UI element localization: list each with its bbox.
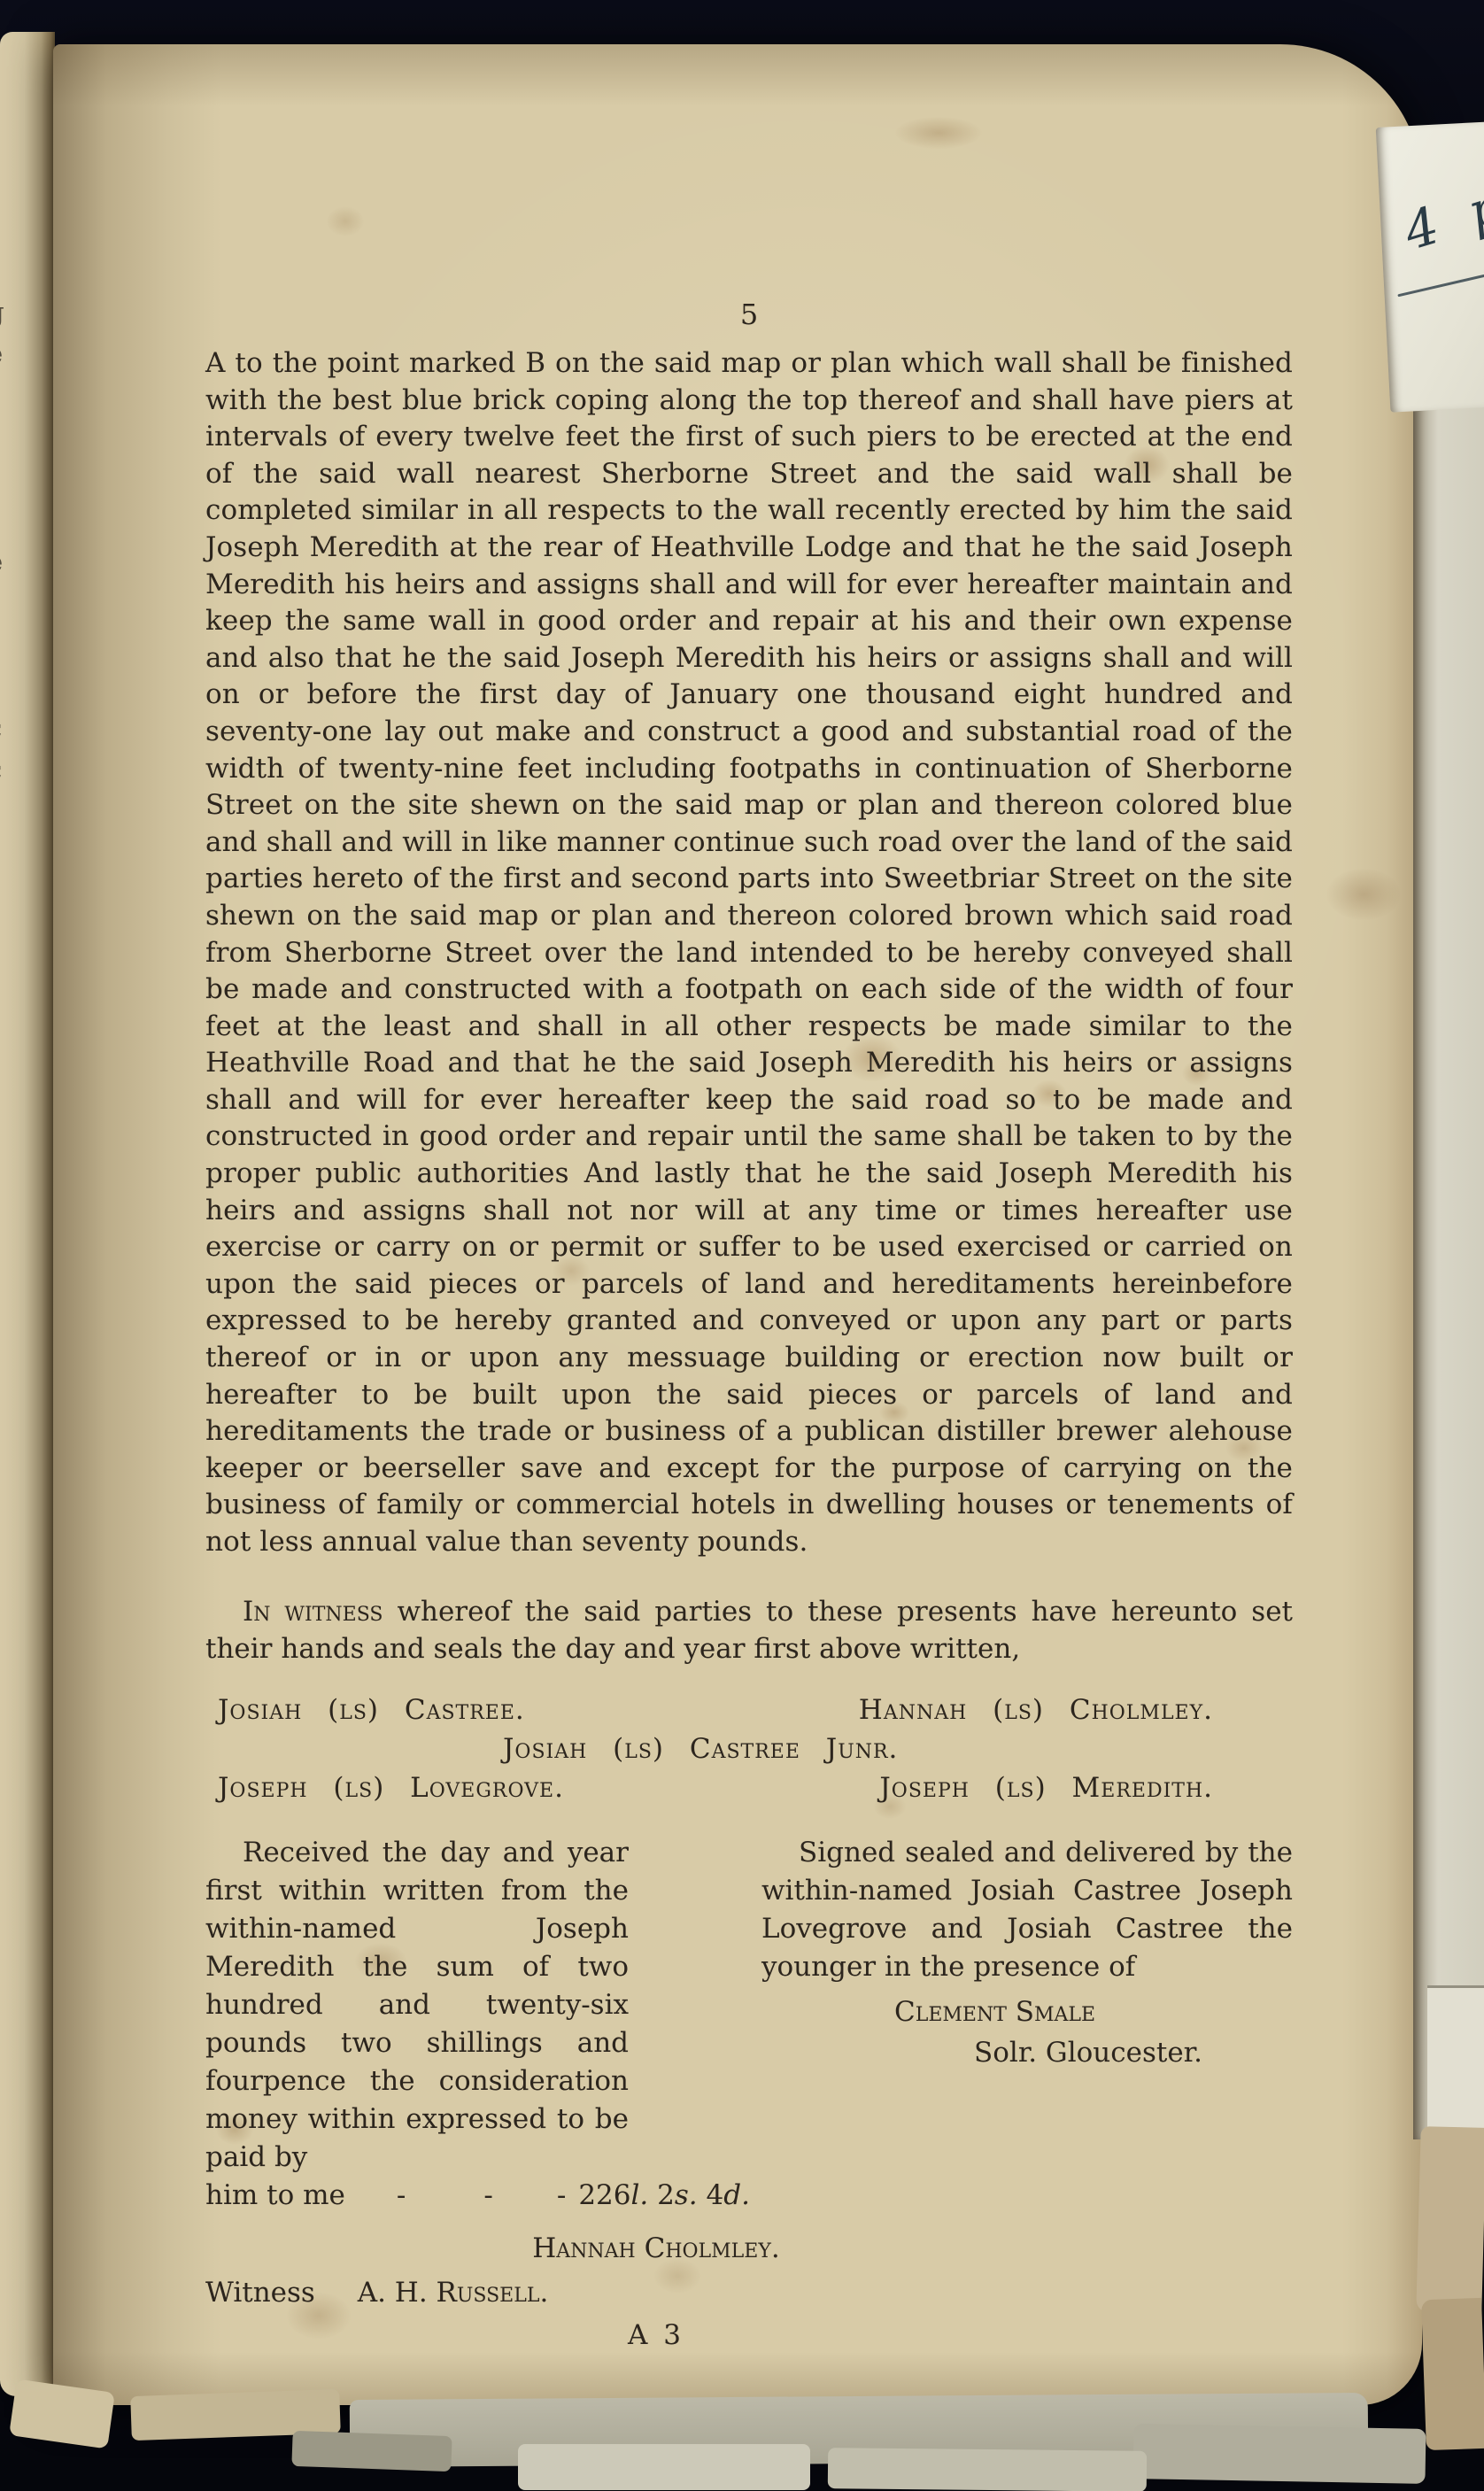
deed-page: 5 A to the point marked B on the said ma…	[53, 44, 1422, 2405]
signature-josiah-castree: Josiah (ls) Castree.	[218, 1690, 525, 1729]
signature-joseph-meredith: Joseph (ls) Meredith.	[879, 1768, 1213, 1807]
receipt-witness-line: Witness A. H. Russell.	[205, 2273, 1293, 2312]
gathering-signature-mark: A 3	[205, 2316, 1293, 2355]
attesting-witness-name: Clement Smale	[761, 1992, 1293, 2032]
white-paper-tab: 4 p	[1376, 120, 1484, 412]
signature-row: Josiah (ls) Castree. Hannah (ls) Cholmle…	[205, 1690, 1293, 1729]
attestation-block: Signed sealed and delivered by the withi…	[761, 1834, 1293, 2215]
torn-paper-edge	[1416, 2126, 1484, 2314]
receipt-text: Received the day and year first within w…	[205, 1834, 629, 2177]
signature-hannah-cholmley: Hannah (ls) Cholmley.	[859, 1690, 1213, 1729]
facing-page-text-fragments: g e r l s l e l l ) c c s l	[0, 292, 4, 875]
attesting-witness-title: Solr. Gloucester.	[761, 2032, 1293, 2073]
facing-page-edge: g e r l s l e l l ) c c s l	[0, 32, 55, 2396]
handwritten-underline	[1397, 268, 1484, 297]
page-number: 5	[205, 296, 1293, 333]
torn-paper-edge	[291, 2431, 452, 2472]
in-witness-clause: In witness whereof the said parties to t…	[205, 1593, 1293, 1667]
dash: -	[557, 2177, 566, 2215]
receipt-block: Received the day and year first within w…	[205, 1834, 629, 2215]
receipt-signature-hannah-cholmley: Hannah Cholmley.	[205, 2229, 1293, 2268]
handwritten-note: 4 p	[1397, 173, 1484, 262]
witness-name-russell: A. H. Russell.	[358, 2277, 549, 2309]
him-to-me-label: him to me	[205, 2179, 345, 2211]
book-page-photo: g e r l s l e l l ) c c s l 5 A to the p…	[0, 0, 1484, 2491]
witness-label: Witness	[205, 2277, 315, 2309]
signature-row: Josiah (ls) Castree Junr.	[205, 1729, 1293, 1768]
deed-body-paragraph: A to the point marked B on the said map …	[205, 345, 1293, 1561]
signature-josiah-castree-junr: Josiah (ls) Castree Junr.	[503, 1729, 898, 1768]
consideration-amount: 226l. 2s. 4d.	[578, 2179, 750, 2211]
signature-row: Joseph (ls) Lovegrove. Joseph (ls) Mered…	[205, 1768, 1293, 1807]
torn-paper-edge	[518, 2444, 810, 2490]
torn-paper-edge	[1421, 2298, 1484, 2450]
attestation-text: Signed sealed and delivered by the withi…	[761, 1834, 1293, 1986]
seal-signatures: Josiah (ls) Castree. Hannah (ls) Cholmle…	[205, 1690, 1293, 1807]
receipt-and-attestation: Received the day and year first within w…	[205, 1834, 1293, 2215]
underlying-page-edge-light	[1427, 1985, 1484, 2130]
dash: -	[483, 2177, 492, 2215]
underlying-page-edge	[1413, 375, 1484, 2139]
torn-paper-edge	[1132, 2424, 1426, 2484]
signature-joseph-lovegrove: Joseph (ls) Lovegrove.	[218, 1768, 564, 1807]
text-block: 5 A to the point marked B on the said ma…	[205, 44, 1293, 2355]
in-witness-lead: In witness	[243, 1596, 383, 1628]
receipt-amount-line: him to me---226l. 2s. 4d.	[205, 2177, 629, 2215]
dash: -	[397, 2177, 406, 2215]
torn-paper-edge	[828, 2448, 1147, 2491]
